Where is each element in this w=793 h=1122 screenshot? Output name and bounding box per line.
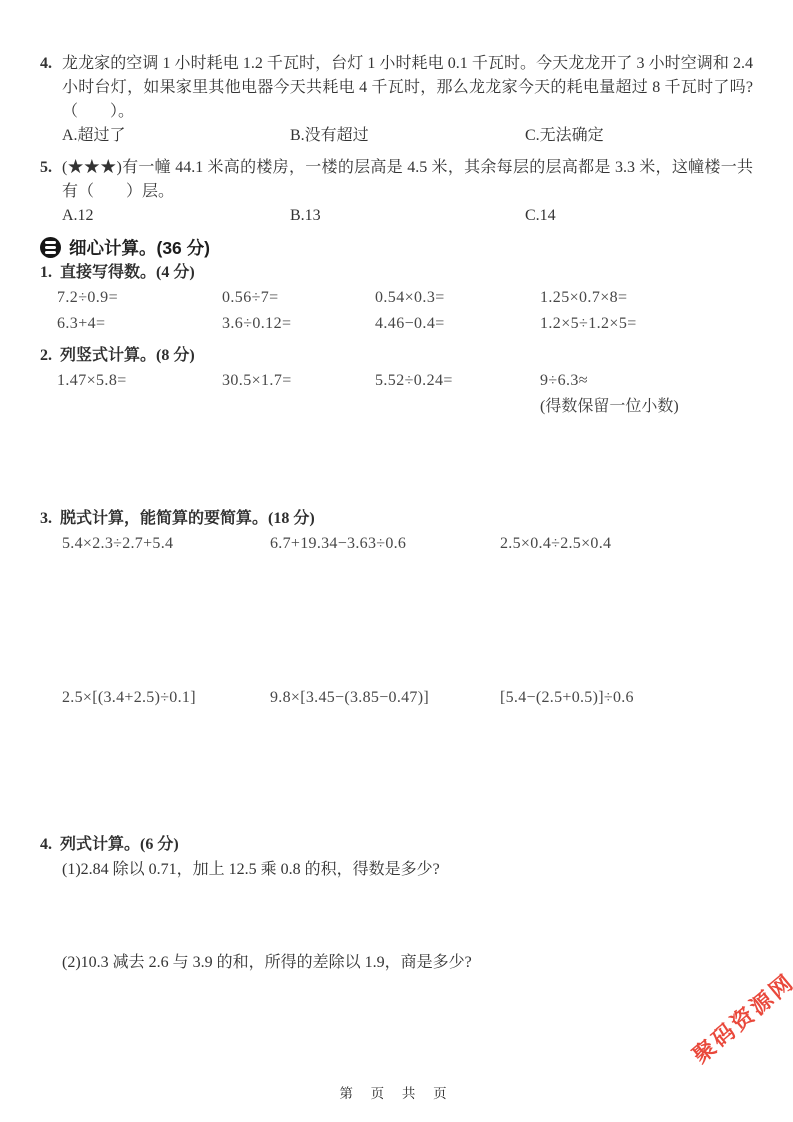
sub-question-title: 脱式计算，能简算的要简算。(18 分): [60, 510, 315, 527]
word-problem-part-2: (2)10.3 减去 2.6 与 3.9 的和，所得的差除以 1.9，商是多少?: [40, 950, 753, 975]
sub-question-number: 3.: [40, 506, 52, 531]
word-problem-part-1: (1)2.84 除以 0.71，加上 12.5 乘 0.8 的积，得数是多少?: [40, 857, 753, 882]
expression: 7.2÷0.9=: [57, 285, 222, 311]
calc-row: 1.47×5.8= 30.5×1.7= 5.52÷0.24= 9÷6.3≈: [40, 368, 753, 394]
sub-question-title: 列式计算。(6 分): [60, 836, 179, 853]
choice-question-4: 4. 龙龙家的空调 1 小时耗电 1.2 千瓦时，台灯 1 小时耗电 0.1 千…: [40, 52, 753, 148]
sub-question-title-line: 3. 脱式计算，能简算的要简算。(18 分): [40, 506, 753, 531]
option-b: B.13: [290, 204, 525, 228]
expression: 0.56÷7=: [222, 285, 375, 311]
workspace-blank: [40, 711, 753, 832]
page-content: 4. 龙龙家的空调 1 小时耗电 1.2 千瓦时，台灯 1 小时耗电 0.1 千…: [0, 0, 793, 975]
options-row: A.12 B.13 C.14: [40, 204, 753, 228]
expression: 3.6÷0.12=: [222, 311, 375, 337]
sub-question-number: 4.: [40, 832, 52, 857]
expression: 2.5×0.4÷2.5×0.4: [500, 531, 753, 557]
worksheet-page: 4. 龙龙家的空调 1 小时耗电 1.2 千瓦时，台灯 1 小时耗电 0.1 千…: [0, 0, 793, 1122]
expression: 4.46−0.4=: [375, 311, 540, 337]
expression: 9.8×[3.45−(3.85−0.47)]: [270, 685, 500, 711]
section-three-icon: [40, 237, 61, 258]
sub-question-number: 2.: [40, 343, 52, 368]
calc-row: 5.4×2.3÷2.7+5.4 6.7+19.34−3.63÷0.6 2.5×0…: [40, 531, 753, 557]
sub-question-title: 列竖式计算。(8 分): [60, 347, 195, 364]
sub-question-title-line: 1. 直接写得数。(4 分): [40, 260, 753, 285]
rounding-note: (得数保留一位小数): [40, 394, 753, 420]
calc-question-1: 1. 直接写得数。(4 分) 7.2÷0.9= 0.56÷7= 0.54×0.3…: [40, 260, 753, 337]
section-header: 细心计算。(36 分): [40, 234, 753, 260]
workspace-blank: [40, 882, 753, 950]
expression: 5.4×2.3÷2.7+5.4: [62, 531, 270, 557]
calc-row: 6.3+4= 3.6÷0.12= 4.46−0.4= 1.2×5÷1.2×5=: [40, 311, 753, 337]
options-row: A.超过了 B.没有超过 C.无法确定: [40, 124, 753, 148]
question-number: 5.: [40, 156, 52, 180]
option-b: B.没有超过: [290, 124, 525, 148]
expression: 0.54×0.3=: [375, 285, 540, 311]
expression: 2.5×[(3.4+2.5)÷0.1]: [62, 685, 270, 711]
sub-question-title: 直接写得数。(4 分): [60, 264, 195, 281]
expression: 30.5×1.7=: [222, 368, 375, 394]
expression: 6.3+4=: [57, 311, 222, 337]
question-number: 4.: [40, 52, 52, 76]
page-footer: 第 页 共 页: [0, 1082, 793, 1102]
option-c: C.无法确定: [525, 124, 753, 148]
calc-row: 7.2÷0.9= 0.56÷7= 0.54×0.3= 1.25×0.7×8=: [40, 285, 753, 311]
expression: 6.7+19.34−3.63÷0.6: [270, 531, 500, 557]
expression: [5.4−(2.5+0.5)]÷0.6: [500, 685, 753, 711]
workspace-blank: [40, 557, 753, 685]
option-a: A.超过了: [62, 124, 290, 148]
sub-question-title-line: 2. 列竖式计算。(8 分): [40, 343, 753, 368]
calc-question-2: 2. 列竖式计算。(8 分) 1.47×5.8= 30.5×1.7= 5.52÷…: [40, 343, 753, 420]
question-text-block: 4. 龙龙家的空调 1 小时耗电 1.2 千瓦时，台灯 1 小时耗电 0.1 千…: [40, 52, 753, 124]
question-text-block: 5. (★★★)有一幢 44.1 米高的楼房，一楼的层高是 4.5 米，其余每层…: [40, 156, 753, 204]
question-text: 龙龙家的空调 1 小时耗电 1.2 千瓦时，台灯 1 小时耗电 0.1 千瓦时。…: [62, 55, 753, 120]
expression: 1.25×0.7×8=: [540, 285, 753, 311]
workspace-blank: [40, 420, 753, 506]
expression: 1.2×5÷1.2×5=: [540, 311, 753, 337]
choice-question-5: 5. (★★★)有一幢 44.1 米高的楼房，一楼的层高是 4.5 米，其余每层…: [40, 156, 753, 228]
sub-question-number: 1.: [40, 260, 52, 285]
question-text: (★★★)有一幢 44.1 米高的楼房，一楼的层高是 4.5 米，其余每层的层高…: [62, 159, 753, 200]
sub-question-title-line: 4. 列式计算。(6 分): [40, 832, 753, 857]
section-title: 细心计算。(36 分): [69, 235, 210, 260]
calc-question-4: 4. 列式计算。(6 分) (1)2.84 除以 0.71，加上 12.5 乘 …: [40, 832, 753, 975]
calc-question-3: 3. 脱式计算，能简算的要简算。(18 分) 5.4×2.3÷2.7+5.4 6…: [40, 506, 753, 711]
expression: 9÷6.3≈: [540, 368, 753, 394]
option-a: A.12: [62, 204, 290, 228]
option-c: C.14: [525, 204, 753, 228]
calc-row: 2.5×[(3.4+2.5)÷0.1] 9.8×[3.45−(3.85−0.47…: [40, 685, 753, 711]
expression: 1.47×5.8=: [57, 368, 222, 394]
expression: 5.52÷0.24=: [375, 368, 540, 394]
